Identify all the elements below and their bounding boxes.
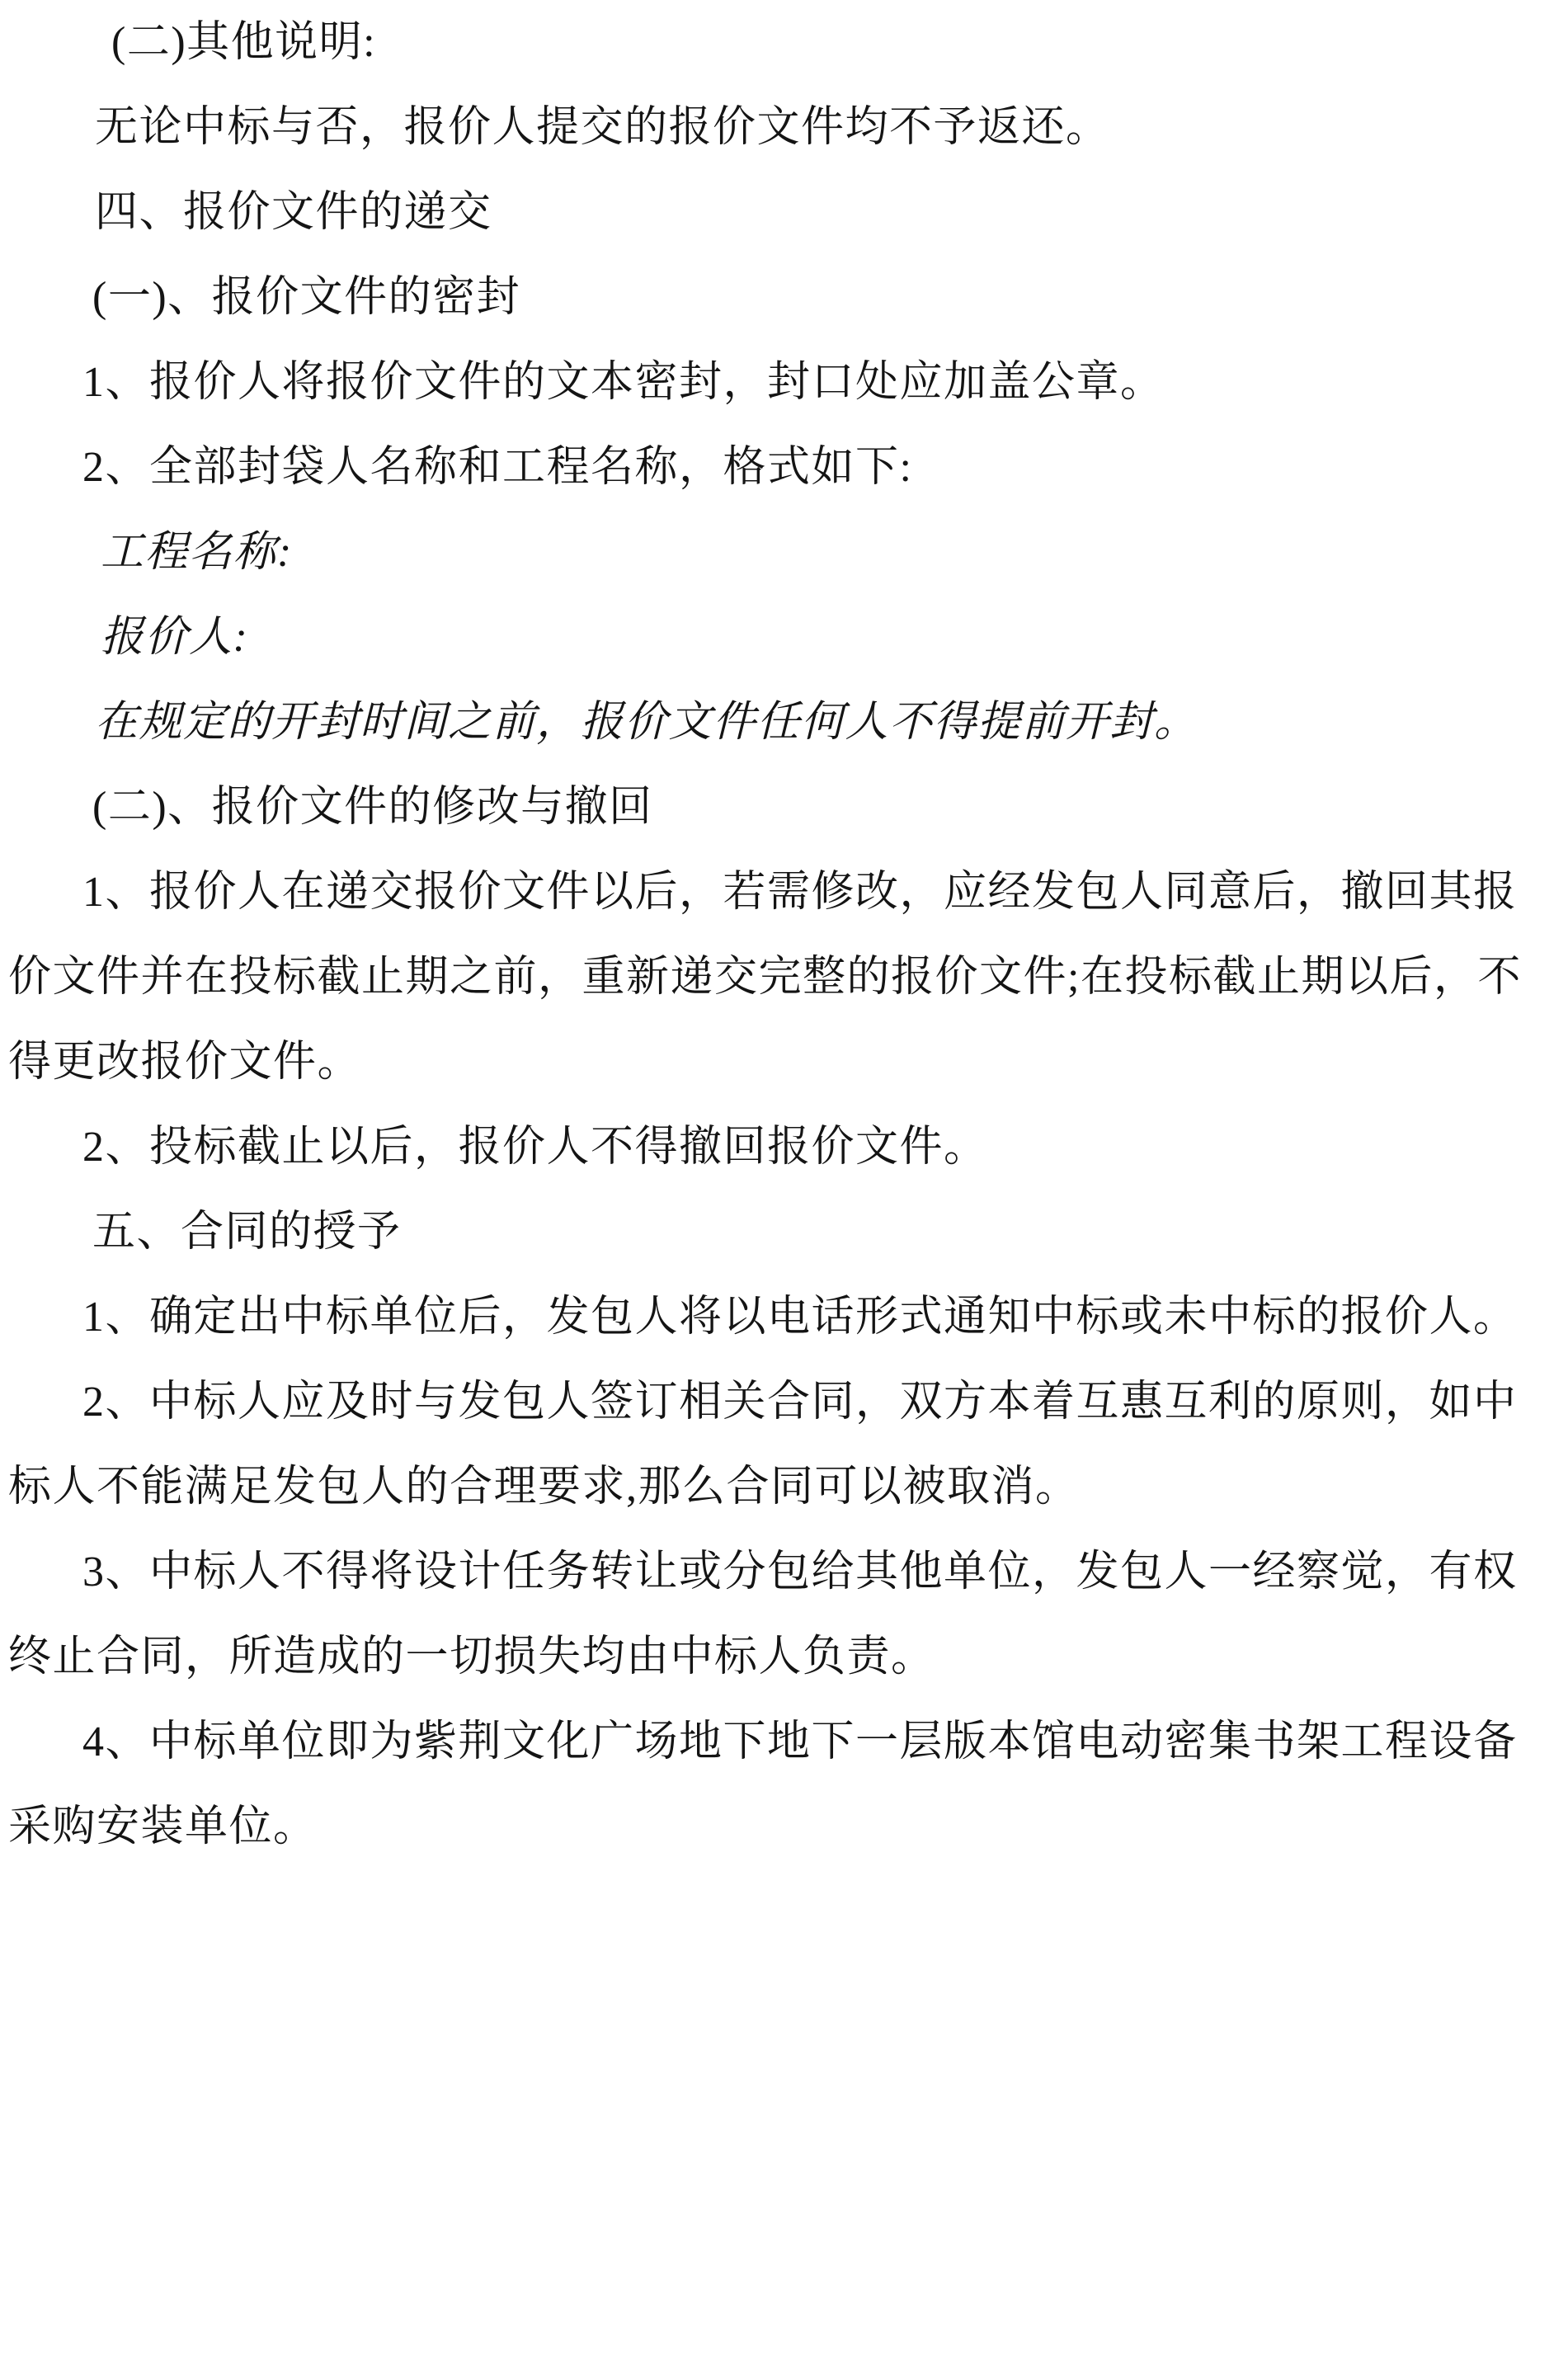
document-line: 五、合同的授予: [92, 1190, 1568, 1275]
document-line: 4、中标单位即为紫荆文化广场地下地下一层版本馆电动密集书架工程设备: [82, 1699, 1568, 1784]
document-line-italic: 在规定的开封时间之前，报价文件任何人不得提前开封。: [95, 680, 1568, 765]
document-page: (二)其他说明:无论中标与否，报价人提交的报价文件均不予返还。四、报价文件的递交…: [0, 0, 1568, 2357]
document-line: 1、报价人将报价文件的文本密封，封口处应加盖公章。: [82, 340, 1568, 425]
document-line: 无论中标与否，报价人提交的报价文件均不予返还。: [95, 85, 1568, 170]
document-line: 2、全部封袋人名称和工程名称，格式如下:: [82, 425, 1568, 510]
document-line: 终止合同，所造成的一切损失均由中标人负责。: [8, 1615, 1568, 1699]
document-line-italic: 报价人:: [101, 595, 1568, 680]
document-line-italic: 工程名称:: [101, 510, 1568, 595]
document-line: 1、确定出中标单位后，发包人将以电话形式通知中标或未中标的报价人。: [82, 1275, 1568, 1360]
document-line: 四、报价文件的递交: [95, 170, 1568, 255]
document-line: (二)其他说明:: [111, 0, 1568, 85]
document-line: 2、投标截止以后，报价人不得撤回报价文件。: [82, 1105, 1568, 1190]
document-line: (二)、报价文件的修改与撤回: [92, 765, 1568, 850]
document-line: 价文件并在投标截止期之前，重新递交完整的报价文件;在投标截止期以后，不: [8, 935, 1568, 1020]
document-line: 标人不能满足发包人的合理要求,那么合同可以被取消。: [8, 1445, 1568, 1530]
document-line: 得更改报价文件。: [8, 1020, 1568, 1105]
document-line: 采购安装单位。: [8, 1784, 1568, 1869]
document-line: (一)、报价文件的密封: [92, 255, 1568, 340]
document-line: 3、中标人不得将设计任务转让或分包给其他单位，发包人一经察觉，有权: [82, 1530, 1568, 1615]
document-line: 2、中标人应及时与发包人签订相关合同，双方本着互惠互利的原则，如中: [82, 1360, 1568, 1445]
document-line: 1、报价人在递交报价文件以后，若需修改，应经发包人同意后，撤回其报: [82, 850, 1568, 935]
